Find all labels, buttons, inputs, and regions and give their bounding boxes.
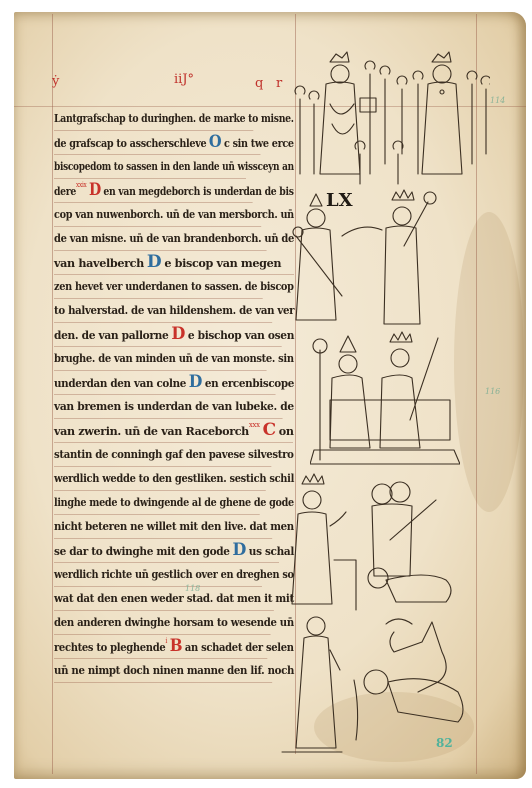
header-mark-4: r xyxy=(276,76,282,91)
text-line: rechtes to pleghendeiBan schadet der sel… xyxy=(54,635,267,659)
line-text: se dar to dwinghe mit den gode xyxy=(54,544,230,558)
header-mark-2: iiJ° xyxy=(174,72,194,87)
pope-with-crozier-icon xyxy=(313,336,357,460)
line-text: dere xyxy=(54,184,76,198)
text-line: cop van nuwenborch. un̄ de van mersborch… xyxy=(54,203,261,227)
line-text: linghe mede to dwingende al de ghene de … xyxy=(54,495,294,509)
illustration-king-judges xyxy=(286,470,486,620)
decorated-initial: B xyxy=(167,636,185,656)
margin-annotation-1: 114 xyxy=(490,96,505,105)
text-line: stantin de conningh gaf den pavese silve… xyxy=(54,443,271,467)
illustration-bishop-crowns-king xyxy=(292,186,462,331)
line-text: Lantgrafschap to duringhen. de marke to … xyxy=(54,111,294,125)
line-text: zen hevet ver underdanen to sassen. de b… xyxy=(54,279,294,293)
line-text: underdan den van colne xyxy=(54,376,186,390)
text-line: werdlich wedde to den gestliken. sestich… xyxy=(54,467,266,491)
illustration-pope-and-emperor xyxy=(310,330,460,470)
line-text: nicht beteren ne willet mit den live. da… xyxy=(54,519,294,533)
line-text-after-initial: c sin twe erce xyxy=(224,136,294,150)
chapter-number: xxx xyxy=(249,421,260,429)
croziers-icon xyxy=(295,61,490,184)
chapter-number: xxix xyxy=(76,181,87,189)
decorated-initial: D xyxy=(86,180,103,200)
line-text: biscopedom to sassen in den lande un̄ wi… xyxy=(54,159,294,173)
text-line: Lantgrafschap to duringhen. de marke to … xyxy=(54,107,253,131)
left-margin-rule xyxy=(52,14,53,774)
wreath-icon xyxy=(342,227,382,236)
decorated-initial: C xyxy=(260,420,279,440)
text-line: de van misne. un̄ de van brandenborch. u… xyxy=(54,227,267,251)
kneeling-figure-icon xyxy=(368,568,451,602)
text-line: un̄ ne nimpt doch ninen manne den lif. n… xyxy=(54,659,272,683)
fallen-man-icon xyxy=(364,670,463,722)
text-line: van havelberchDe biscop van megen xyxy=(54,251,294,275)
line-text: van bremen is underdan de van lubeke. de xyxy=(54,399,294,413)
bishop-figure-left-icon xyxy=(320,52,376,174)
text-line: den anderen dwinghe horsam to wesende un… xyxy=(54,611,271,635)
line-text-after-initial: e bischop van osen xyxy=(188,328,294,342)
line-text-after-initial: e biscop van megen xyxy=(164,256,281,270)
line-text-after-initial: en ercenbiscope xyxy=(205,376,294,390)
decorated-initial: D xyxy=(186,372,205,392)
text-line: se dar to dwinghe mit den godeDus schal xyxy=(54,539,279,563)
two-men-with-sword-icon xyxy=(372,482,436,576)
bishop-figure-right-icon xyxy=(422,52,462,174)
line-text: de van misne. un̄ de van brandenborch. u… xyxy=(54,231,294,245)
line-text: de grafscap to asscherschleve xyxy=(54,136,206,150)
line-text: den anderen dwinghe horsam to wesende un… xyxy=(54,615,294,629)
decorated-initial: D xyxy=(168,324,187,344)
line-text: wat dat den enen weder stad. dat men it … xyxy=(54,591,294,605)
margin-annotation-3: 118 xyxy=(185,584,200,593)
standing-figure-with-staff-icon xyxy=(282,617,358,752)
text-line: den. de van pallorneDe bischop van osen xyxy=(54,323,282,347)
illustration-bishops xyxy=(290,44,490,194)
margin-annotation-2: 116 xyxy=(485,387,500,396)
line-text: den. de van pallorne xyxy=(54,328,168,342)
line-text: stantin de conningh gaf den pavese silve… xyxy=(54,447,294,461)
text-line: van zwerin. un̄ de van RaceborchxxxCon xyxy=(54,419,293,443)
text-line: to halverstad. de van hildenshem. de van… xyxy=(54,299,272,323)
line-text-after-initial: en van megdeborch is underdan de bis xyxy=(103,184,293,198)
line-text: van havelberch xyxy=(54,256,144,270)
line-text: to halverstad. de van hildenshem. de van… xyxy=(54,303,294,317)
text-line: wat dat den enen weder stad. dat men it … xyxy=(54,587,274,611)
text-line: derexxixDen van megdeborch is underdan d… xyxy=(54,179,253,203)
line-text: rechtes to pleghende xyxy=(54,640,165,654)
decorated-initial: O xyxy=(206,132,224,152)
illustration-devil-scene xyxy=(276,610,476,760)
line-text: cop van nuwenborch. un̄ de van mersborch… xyxy=(54,207,294,221)
text-line: werdlich richte un̄ gestlich over en dre… xyxy=(54,563,262,587)
text-line: biscopedom to sassen in den lande un̄ wi… xyxy=(54,155,246,179)
chapter-number: i xyxy=(165,637,167,645)
line-text-after-initial: on xyxy=(279,424,294,438)
text-line: de grafscap to asscherschleveOc sin twe … xyxy=(54,131,260,155)
header-mark-1: ẏ xyxy=(52,74,59,89)
header-mark-3: q xyxy=(255,76,263,91)
throne-bench-icon xyxy=(330,400,450,440)
decorated-initial: D xyxy=(144,252,164,272)
line-text: werdlich richte un̄ gestlich over en dre… xyxy=(54,567,294,581)
bishop-with-crozier-icon xyxy=(293,194,342,320)
emperor-with-sword-icon xyxy=(390,332,438,420)
king-with-sceptre-icon xyxy=(384,190,436,324)
decorated-initial: D xyxy=(230,540,249,560)
text-line: brughe. de van minden un̄ de van monste.… xyxy=(54,347,267,371)
text-line: zen hevet ver underdanen to sassen. de b… xyxy=(54,275,263,299)
seated-king-icon xyxy=(292,474,356,610)
text-line: nicht beteren ne willet mit den live. da… xyxy=(54,515,272,539)
devil-icon xyxy=(386,619,446,692)
line-text: un̄ ne nimpt doch ninen manne den lif. n… xyxy=(54,663,294,677)
edge-stain xyxy=(454,212,524,512)
text-line: underdan den van colneDen ercenbiscope xyxy=(54,371,276,395)
text-line: linghe mede to dwingende al de ghene de … xyxy=(54,491,260,515)
line-text: werdlich wedde to den gestliken. sestich… xyxy=(54,471,294,485)
text-column: Lantgrafschap to duringhen. de marke to … xyxy=(54,107,294,683)
text-line: van bremen is underdan de van lubeke. de xyxy=(54,395,283,419)
line-text: brughe. de van minden un̄ de van monste.… xyxy=(54,351,294,365)
line-text: van zwerin. un̄ de van Raceborch xyxy=(54,424,249,438)
